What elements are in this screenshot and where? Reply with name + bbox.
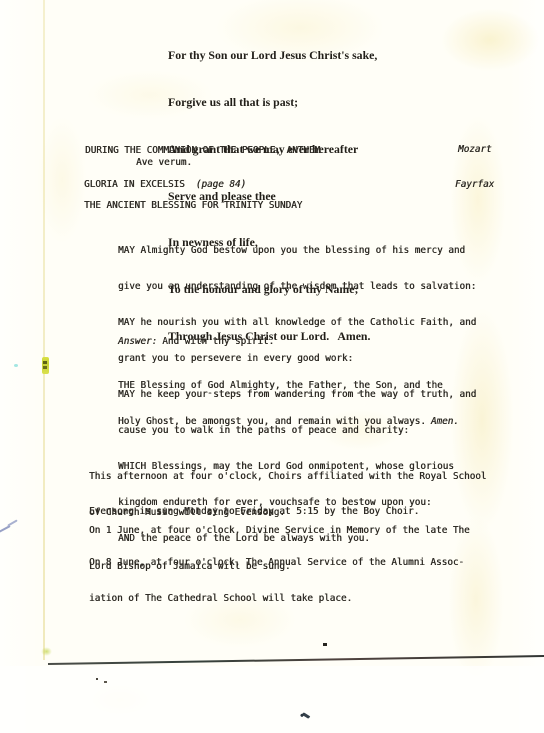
final-blessing-text: Holy Ghost, be amongst you, and remain w… xyxy=(118,416,426,427)
prayer-line: Forgive us all that is past; xyxy=(168,95,377,111)
final-blessing-amen: Amen. xyxy=(431,416,459,427)
scan-speck xyxy=(323,643,327,646)
gloria-heading: GLORIA IN EXCELSIS xyxy=(84,179,185,190)
anthem-heading: DURING THE COMMUNION OF THE PEOPLE, ANTH… xyxy=(85,145,320,157)
announcement-paragraph: On 8 June, at four o'clock, The Annual S… xyxy=(89,533,464,629)
anthem-composer: Mozart xyxy=(458,144,492,156)
answer-row: Answer:And with thy spirit. xyxy=(118,336,274,348)
scan-speck xyxy=(96,678,98,680)
scanned-service-sheet: For thy Son our Lord Jesus Christ's sake… xyxy=(0,0,544,733)
gloria-page-ref: (page 84) xyxy=(196,179,246,190)
answer-label: Answer: xyxy=(118,336,157,347)
paper-fold-line xyxy=(43,0,45,660)
answer-text: And with thy spirit. xyxy=(162,336,274,347)
blessing-line: give you an understanding of the wisdom … xyxy=(118,281,476,293)
scanner-background-band xyxy=(0,666,544,733)
blessing-line: MAY Almighty God bestow upon you the ble… xyxy=(118,245,476,257)
announcement-line: On 8 June, at four o'clock, The Annual S… xyxy=(89,557,464,569)
scan-comma-mark xyxy=(302,712,310,719)
announcement-line: iation of The Cathedral School will take… xyxy=(89,593,464,605)
blessing-line: MAY he nourish you with all knowledge of… xyxy=(118,317,476,329)
gloria-composer: Fayrfax xyxy=(455,179,494,191)
final-blessing-line: Holy Ghost, be amongst you, and remain w… xyxy=(118,416,459,428)
scan-stain-olive xyxy=(42,357,49,374)
anthem-piece: Ave verum. xyxy=(136,157,192,169)
scan-pen-stroke xyxy=(0,525,11,533)
scan-smudge-green xyxy=(41,647,52,656)
final-blessing: THE Blessing of God Almighty, the Father… xyxy=(118,356,459,452)
page-bottom-edge-line xyxy=(48,655,544,665)
prayer-line: For thy Son our Lord Jesus Christ's sake… xyxy=(168,48,377,64)
section-divider: - - - - - - - - xyxy=(207,388,387,400)
gloria-heading-row: GLORIA IN EXCELSIS(page 84) xyxy=(84,179,246,191)
scan-dot-cyan xyxy=(14,364,18,367)
ancient-blessing-heading: THE ANCIENT BLESSING FOR TRINITY SUNDAY xyxy=(84,200,302,212)
scan-speck xyxy=(104,681,107,683)
scan-pen-stroke xyxy=(7,519,18,526)
